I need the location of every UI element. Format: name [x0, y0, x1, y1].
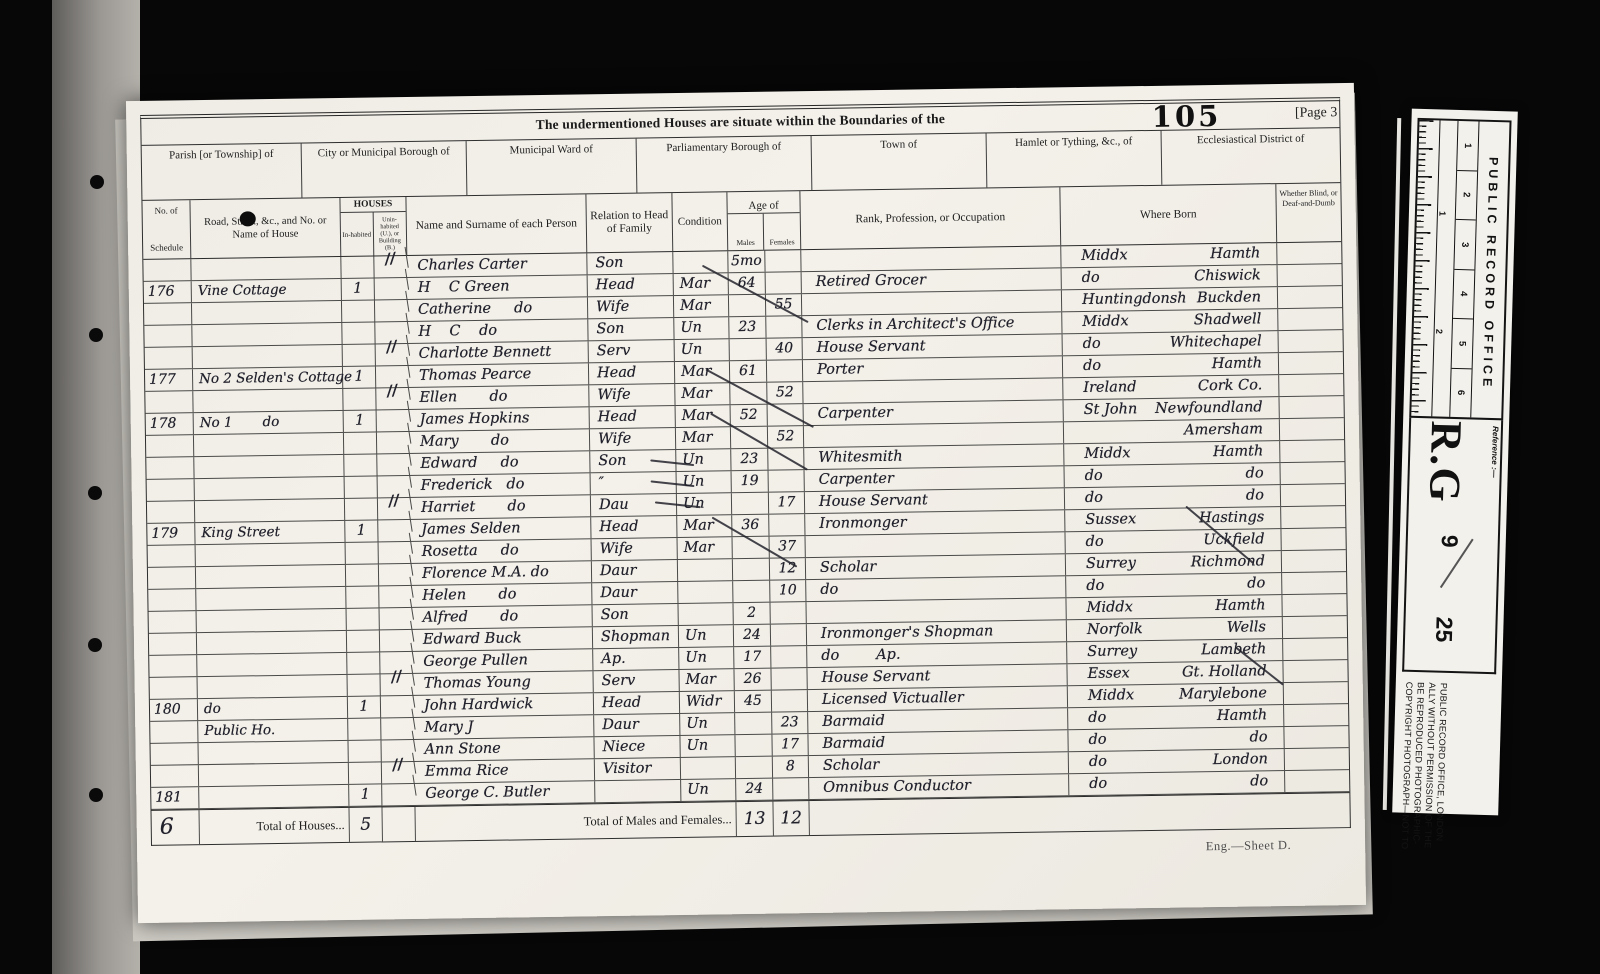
cell-condition: Widr — [680, 691, 735, 713]
born-county: do — [1082, 268, 1100, 289]
cell-occupation: House Servant — [803, 334, 1063, 359]
census-page: The undermentioned Houses are situate wi… — [126, 83, 1366, 923]
series-code: R.G — [1419, 420, 1472, 504]
cell-age-female: 10 — [770, 580, 806, 602]
cell-house — [198, 675, 348, 698]
cell-relation: Serv — [589, 340, 675, 362]
cell-blind — [1279, 396, 1343, 418]
cell-name: Florence M.A. do — [412, 561, 592, 585]
cell-blind — [1281, 484, 1345, 506]
cell-occupation: Retired Grocer — [802, 268, 1062, 293]
cell-occupation: Whitesmith — [804, 444, 1064, 469]
ruler-cm-cell: 2 — [1456, 170, 1477, 220]
cell-relation: Wife — [590, 428, 676, 450]
born-county: Ireland — [1083, 377, 1136, 399]
cell-house — [194, 455, 344, 478]
born-county: Surrey — [1086, 553, 1136, 575]
born-place: do — [1249, 727, 1267, 748]
cell-relation: Head — [591, 516, 677, 538]
cell-age-male — [731, 427, 768, 449]
census-form: The undermentioned Houses are situate wi… — [140, 97, 1351, 846]
cell-house — [195, 499, 345, 522]
ruler: 12 123456 PUBLIC RECORD OFFICE — [1409, 118, 1511, 421]
area-header-cell: Hamlet or Tything, &c., of — [987, 131, 1163, 188]
cell-relation: Son — [587, 252, 673, 274]
cell-condition — [678, 581, 733, 603]
cell-relation: Head — [589, 362, 675, 384]
cell-age-male — [736, 757, 773, 779]
cell-schedule — [146, 435, 194, 457]
cell-condition: Un — [676, 449, 731, 471]
cell-occupation: do — [806, 576, 1066, 601]
cell-where-born: dodo — [1068, 727, 1284, 751]
reference-section: Reference :— R.G 9 25 — [1402, 418, 1503, 675]
cell-age-female — [767, 360, 803, 382]
cell-blind — [1281, 506, 1345, 528]
cell-name: Ann Stone — [414, 737, 594, 761]
cell-age-female: 37 — [770, 536, 806, 558]
born-place: Hamth — [1213, 441, 1264, 463]
cell-blind — [1281, 528, 1345, 550]
cell-condition — [673, 251, 728, 273]
cell-condition: Un — [677, 493, 732, 515]
cell-condition: Un — [677, 471, 732, 493]
cell-inhabited — [343, 344, 376, 365]
cell-where-born: MiddxMarylebone — [1068, 683, 1284, 707]
cell-name: James Hopkins — [410, 407, 590, 431]
page-label: [Page 3 — [1295, 105, 1338, 122]
cell-occupation: Porter — [803, 356, 1063, 381]
cell-house — [191, 257, 341, 280]
cell-age-male — [733, 537, 770, 559]
born-place: Marylebone — [1179, 683, 1267, 705]
born-place: Gt. Holland — [1182, 661, 1267, 683]
cell-where-born: MiddxHamth — [1066, 595, 1282, 619]
cell-blind — [1278, 264, 1342, 286]
cell-blind — [1284, 726, 1348, 748]
cell-house: Public Ho. — [198, 719, 348, 742]
born-county: do — [1088, 708, 1106, 729]
cell-house — [196, 587, 346, 610]
cell-name: Edward Buck — [413, 627, 593, 651]
cell-where-born: dodo — [1069, 771, 1285, 795]
cell-occupation: Ironmonger's Shopman — [807, 620, 1067, 645]
cell-name: Charlotte Bennett — [409, 341, 589, 365]
cell-name: Catherine do — [408, 297, 588, 321]
copyright-notice: COPYRIGHT PHOTOGRAPH—NOT TOBE REPRODUCED… — [1398, 682, 1449, 851]
cell-age-male: 23 — [731, 449, 768, 471]
cell-condition: Un — [680, 713, 735, 735]
total-houses-label: Total of Houses... — [199, 808, 349, 844]
born-county: St John — [1084, 399, 1138, 421]
cell-inhabited — [349, 762, 382, 783]
total-mf-label: Total of Males and Females... — [415, 802, 736, 841]
ruler-inch-number: 2 — [1434, 329, 1444, 334]
cell-schedule: 181 — [151, 787, 199, 809]
cell-schedule — [149, 611, 197, 633]
cell-where-born: Amersham — [1064, 419, 1280, 443]
cell-inhabited: 1 — [342, 278, 375, 299]
cell-schedule — [145, 391, 193, 413]
punch-hole — [90, 175, 104, 189]
cell-inhabited — [341, 256, 374, 277]
cell-condition: Mar — [677, 515, 732, 537]
cell-inhabited: 1 — [348, 696, 381, 717]
cell-where-born: St JohnNewfoundland — [1064, 397, 1280, 421]
cell-house — [199, 763, 349, 786]
cell-relation: Son — [593, 604, 679, 626]
cell-condition: Mar — [675, 361, 730, 383]
cell-name: Ellen do — [409, 385, 589, 409]
cell-condition — [678, 603, 733, 625]
cell-age-male: 23 — [729, 317, 766, 339]
cell-relation: Head — [588, 274, 674, 296]
cell-age-female: 52 — [768, 426, 804, 448]
cell-occupation: Carpenter — [804, 400, 1064, 425]
column-header-relation: Relation to Head of Family — [586, 193, 673, 252]
cell-where-born: NorfolkWells — [1067, 617, 1283, 641]
born-place: Newfoundland — [1155, 397, 1263, 420]
cell-relation: Wife — [592, 538, 678, 560]
cell-blind — [1283, 660, 1347, 682]
cell-inhabited: 1 — [349, 784, 382, 805]
born-county: do — [1083, 334, 1101, 355]
cell-age-female: 52 — [767, 382, 803, 404]
cell-relation: ″ — [591, 472, 677, 494]
cell-where-born: doHamth — [1063, 353, 1279, 377]
cell-age-female: 17 — [769, 492, 805, 514]
cell-occupation: Ironmonger — [805, 510, 1065, 535]
cell-schedule — [148, 545, 196, 567]
born-place: Hastings — [1199, 507, 1265, 529]
cell-condition: Mar — [674, 273, 729, 295]
cell-relation: Serv — [593, 670, 679, 692]
cell-schedule — [146, 457, 194, 479]
cell-age-male: 2 — [733, 603, 770, 625]
cell-age-female — [769, 514, 805, 536]
schedule-header-top: No. of — [155, 204, 178, 217]
cell-age-female — [771, 646, 807, 668]
cell-blind — [1279, 374, 1343, 396]
born-county: Essex — [1087, 663, 1130, 685]
cell-house — [196, 543, 346, 566]
cell-age-male — [730, 383, 767, 405]
cell-name: Mary do — [410, 429, 590, 453]
cell-age-female — [766, 272, 802, 294]
cell-age-female — [765, 250, 801, 272]
cell-schedule — [149, 633, 197, 655]
column-header-males: Males — [728, 214, 765, 251]
cell-where-born: doWhitechapel — [1063, 331, 1279, 355]
born-place: Cork Co. — [1198, 375, 1263, 397]
born-place: Buckden — [1197, 287, 1261, 309]
born-county: do — [1088, 730, 1106, 751]
cell-age-male — [730, 339, 767, 361]
cell-blind — [1282, 550, 1346, 572]
cell-schedule — [143, 259, 191, 281]
cell-occupation: House Servant — [807, 664, 1067, 689]
cell-inhabited — [342, 322, 375, 343]
cell-inhabited — [348, 740, 381, 761]
cell-name: John Hardwick — [414, 693, 594, 717]
born-county: do — [1086, 576, 1104, 597]
cell-house: Vine Cottage — [192, 279, 342, 302]
cell-where-born: MiddxHamth — [1064, 441, 1280, 465]
cell-age-male: 45 — [735, 691, 772, 713]
born-place: Hamth — [1210, 243, 1261, 265]
cell-age-female — [773, 778, 809, 800]
cell-where-born: SussexHastings — [1065, 507, 1281, 531]
born-place: do — [1247, 573, 1265, 594]
cell-occupation: Scholar — [806, 554, 1066, 579]
born-county: Norfolk — [1087, 619, 1143, 641]
cell-where-born: doUckfield — [1065, 529, 1281, 553]
cell-occupation: do Ap. — [807, 642, 1067, 667]
cell-inhabited: 1 — [345, 520, 378, 541]
born-county: do — [1085, 488, 1103, 509]
born-place: Hamth — [1217, 705, 1268, 727]
born-county: do — [1084, 466, 1102, 487]
cell-condition: Un — [680, 735, 735, 757]
area-header-cell: Parliamentary Borough of — [637, 136, 813, 193]
cell-occupation: Barmaid — [808, 708, 1068, 733]
born-county: Huntingdonsh — [1082, 288, 1187, 311]
cell-inhabited — [345, 476, 378, 497]
cell-name: Helen do — [412, 583, 592, 607]
cell-uninhabited — [381, 775, 417, 801]
cell-age-male: 36 — [732, 515, 769, 537]
cell-blind — [1279, 352, 1343, 374]
punch-hole — [88, 486, 102, 500]
born-place: do — [1245, 463, 1263, 484]
cell-blind — [1282, 572, 1346, 594]
cell-house — [192, 323, 342, 346]
born-place: Chiswick — [1194, 265, 1261, 287]
census-rows: ∕∕Charles CarterSon5moMiddxHamth176Vine … — [143, 242, 1349, 810]
cell-age-female: 17 — [772, 734, 808, 756]
area-header-cell: Town of — [812, 133, 988, 190]
cell-name: Mary J — [414, 715, 594, 739]
born-county: Middx — [1084, 443, 1131, 465]
cell-relation: Visitor — [595, 758, 681, 780]
born-place: Amersham — [1184, 419, 1263, 441]
cell-age-female: 8 — [773, 756, 809, 778]
cell-age-male — [733, 559, 770, 581]
ruler-cm-cell: 3 — [1454, 220, 1475, 270]
cell-house — [197, 653, 347, 676]
cell-house — [195, 477, 345, 500]
cell-inhabited — [343, 388, 376, 409]
cell-schedule: 180 — [150, 699, 198, 721]
total-houses-value: 5 — [349, 807, 383, 841]
cell-age-male: 24 — [736, 779, 773, 801]
cell-schedule — [144, 303, 192, 325]
cell-house — [194, 433, 344, 456]
punch-hole — [88, 638, 102, 652]
cell-condition: Mar — [676, 427, 731, 449]
ruler-inch-number: 1 — [1437, 211, 1447, 216]
cell-age-female: 55 — [766, 294, 802, 316]
cell-name: Emma Rice — [415, 759, 595, 783]
cell-blind — [1278, 286, 1342, 308]
cell-age-male: 17 — [734, 647, 771, 669]
cell-schedule — [151, 765, 199, 787]
cell-occupation: Licensed Victualler — [808, 686, 1068, 711]
cell-house — [197, 631, 347, 654]
cell-inhabited — [347, 608, 380, 629]
total-schedules: 6 — [152, 810, 200, 845]
column-header-age: Age of Males Females — [727, 191, 801, 250]
punch-hole — [89, 328, 103, 342]
age-group-label: Age of — [727, 191, 799, 213]
cell-occupation — [806, 598, 1066, 623]
cell-occupation: Clerks in Architect's Office — [802, 312, 1062, 337]
ruler-cm-cell: 5 — [1452, 319, 1473, 369]
born-county: do — [1083, 356, 1101, 377]
born-county: Middx — [1086, 597, 1133, 619]
cell-blind — [1277, 242, 1341, 264]
cell-inhabited — [346, 564, 379, 585]
cell-where-born: HuntingdonshBuckden — [1062, 287, 1278, 311]
cell-condition: Un — [679, 625, 734, 647]
cell-occupation: Barmaid — [808, 730, 1068, 755]
cell-schedule: 177 — [145, 369, 193, 391]
houses-group-label: HOUSES — [340, 197, 405, 213]
piece-number: 25 — [1430, 616, 1458, 642]
ruler-cm-cell: 1 — [1457, 121, 1478, 171]
cell-house — [196, 565, 346, 588]
area-header-cell: City or Municipal Borough of — [302, 141, 468, 197]
cell-inhabited — [345, 498, 378, 519]
cell-occupation: Carpenter — [805, 466, 1065, 491]
born-place: Richmond — [1191, 551, 1265, 573]
cell-age-male: 19 — [732, 471, 769, 493]
born-place: Lambeth — [1201, 639, 1266, 661]
cell-blind — [1284, 704, 1348, 726]
cell-relation: Son — [588, 318, 674, 340]
cell-schedule: 179 — [147, 523, 195, 545]
punch-hole — [89, 788, 103, 802]
reference-label: Reference :— — [1490, 426, 1500, 478]
cell-relation: Son — [590, 450, 676, 472]
cell-condition: Mar — [675, 383, 730, 405]
cell-where-born: EssexGt. Holland — [1067, 661, 1283, 685]
cell-inhabited: 1 — [343, 366, 376, 387]
cell-age-male: 52 — [731, 405, 768, 427]
cell-condition: Mar — [674, 295, 729, 317]
cell-where-born: IrelandCork Co. — [1063, 375, 1279, 399]
road-header-label: Road, Street, &c., and No. or Name of Ho… — [194, 214, 337, 242]
cell-condition: Un — [674, 317, 729, 339]
cell-age-male — [732, 493, 769, 515]
cell-schedule — [144, 325, 192, 347]
cell-house — [199, 785, 349, 808]
cell-house — [193, 389, 343, 412]
born-county: Sussex — [1085, 509, 1136, 531]
cell-house — [192, 301, 342, 324]
cell-relation: Shopman — [593, 626, 679, 648]
cell-inhabited — [348, 718, 381, 739]
cell-schedule: 176 — [144, 281, 192, 303]
cell-blind — [1280, 418, 1344, 440]
born-county: Middx — [1081, 245, 1128, 267]
cell-schedule — [148, 567, 196, 589]
cell-age-male: 26 — [734, 669, 771, 691]
total-females: 12 — [773, 801, 810, 836]
cell-age-female — [768, 448, 804, 470]
cell-schedule: 178 — [146, 413, 194, 435]
cell-name: Rosetta do — [412, 539, 592, 563]
cell-name: James Selden — [411, 517, 591, 541]
cell-blind — [1283, 638, 1347, 660]
cell-age-male — [729, 295, 766, 317]
cell-where-born: SurreyRichmond — [1066, 551, 1282, 575]
cell-condition: Un — [675, 339, 730, 361]
born-place: Uckfield — [1203, 529, 1265, 551]
cell-condition: Un — [679, 647, 734, 669]
column-header-condition: Condition — [672, 192, 728, 251]
born-county: Middx — [1082, 311, 1129, 333]
cell-condition: Mar — [678, 537, 733, 559]
cell-blind — [1285, 770, 1349, 792]
column-header-born: Where Born — [1060, 184, 1277, 245]
cell-relation: Niece — [594, 736, 680, 758]
cell-occupation — [801, 246, 1061, 271]
cell-name: George C. Butler — [415, 781, 595, 805]
column-header-road: Road, Street, &c., and No. or Name of Ho… — [190, 198, 341, 258]
cell-name: Harriet do — [411, 495, 591, 519]
born-county: do — [1085, 532, 1103, 553]
cell-house — [193, 345, 343, 368]
cell-age-male — [735, 713, 772, 735]
cell-blind — [1280, 440, 1344, 462]
cell-where-born: dodo — [1065, 485, 1281, 509]
cell-blind — [1282, 594, 1346, 616]
born-place: Wells — [1227, 617, 1266, 639]
area-header-cell: Municipal Ward of — [467, 139, 638, 196]
cell-relation: Wife — [588, 296, 674, 318]
schedule-header-bottom: Schedule — [150, 241, 183, 254]
area-header-cell: Ecclesiastical District of — [1162, 128, 1341, 185]
cell-inhabited — [348, 674, 381, 695]
cell-schedule — [148, 589, 196, 611]
reference-card: 12 123456 PUBLIC RECORD OFFICE Reference… — [1392, 109, 1518, 816]
cell-name: H C Green — [408, 275, 588, 299]
born-county: do — [1089, 752, 1107, 773]
cell-schedule — [145, 347, 193, 369]
cell-relation: Ap. — [593, 648, 679, 670]
cell-name: Thomas Pearce — [409, 363, 589, 387]
cell-house — [199, 741, 349, 764]
cell-inhabited — [347, 652, 380, 673]
cell-blind — [1280, 462, 1344, 484]
cell-occupation — [805, 532, 1065, 557]
born-county: do — [1089, 774, 1107, 795]
column-header-blind: Whether Blind, or Deaf-and-Dumb — [1276, 183, 1341, 242]
cell-occupation: House Servant — [805, 488, 1065, 513]
cell-where-born: doLondon — [1069, 749, 1285, 773]
microfilm-scan: The undermentioned Houses are situate wi… — [0, 0, 1600, 974]
column-header-inhabited: In-habited — [341, 212, 374, 255]
cell-house: No 1 do — [194, 411, 344, 434]
totals-spacer — [382, 807, 416, 841]
cell-name: Alfred do — [413, 605, 593, 629]
cell-age-female — [771, 624, 807, 646]
cell-where-born: doChiswick — [1062, 265, 1278, 289]
cell-relation: Head — [590, 406, 676, 428]
cell-house: No 2 Selden's Cottage — [193, 367, 343, 390]
cell-inhabited: 1 — [344, 410, 377, 431]
